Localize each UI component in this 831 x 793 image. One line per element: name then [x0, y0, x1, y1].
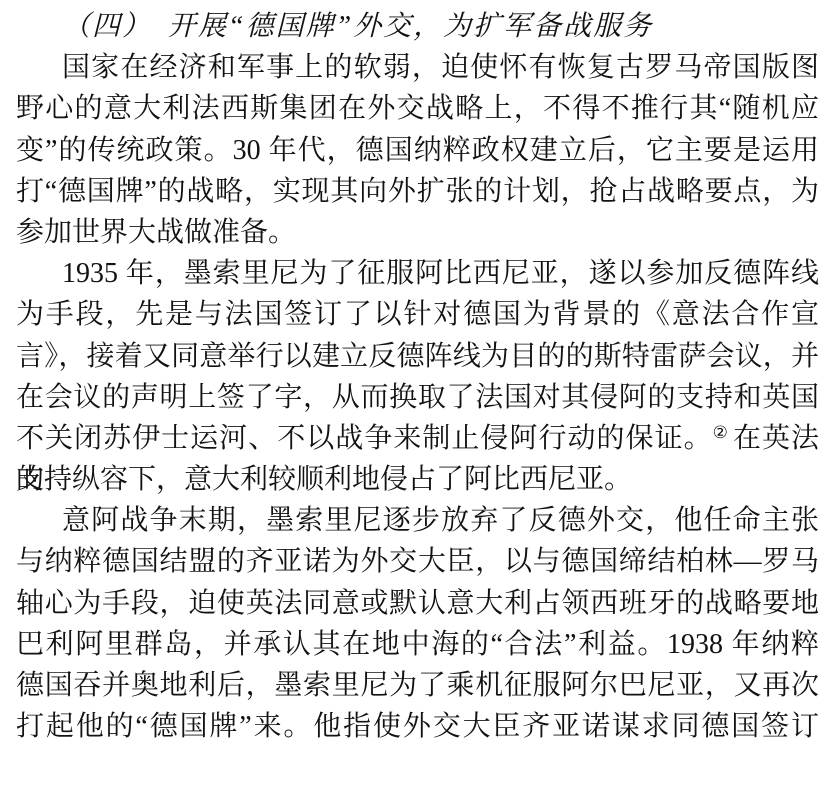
text-segment: 不关闭苏伊士运河、不以战争来制止侵阿行动的保证。 [16, 423, 713, 454]
text-line: 为手段，先是与法国签订了以针对德国为背景的《意法合作宣 [16, 294, 819, 335]
text-line: 1935 年，墨索里尼为了征服阿比西尼亚，遂以参加反德阵线 [16, 253, 819, 294]
text-line: 在会议的声明上签了字，从而换取了法国对其侵阿的支持和英国 [16, 377, 819, 418]
text-line: 德国吞并奥地利后，墨索里尼为了乘机征服阿尔巴尼亚，又再次 [16, 665, 819, 706]
text-line: 支持纵容下，意大利较顺利地侵占了阿比西尼亚。 [16, 459, 819, 500]
text-line: 变”的传统政策。30 年代，德国纳粹政权建立后，它主要是运用 [16, 130, 819, 171]
section-heading: （四） 开展“德国牌”外交，为扩军备战服务 [16, 6, 819, 47]
text-line: 打起他的“德国牌”来。他指使外交大臣齐亚诺谋求同德国签订 [16, 706, 819, 747]
document-page: （四） 开展“德国牌”外交，为扩军备战服务 国家在经济和军事上的软弱，迫使怀有恢… [0, 0, 831, 793]
text-line: 意阿战争末期，墨索里尼逐步放弃了反德外交，他任命主张 [16, 500, 819, 541]
footnote-ref: ② [713, 423, 733, 442]
text-line: 打“德国牌”的战略，实现其向外扩张的计划，抢占战略要点，为 [16, 171, 819, 212]
text-line: 言》，接着又同意举行以建立反德阵线为目的的斯特雷萨会议，并 [16, 336, 819, 377]
text-line: 野心的意大利法西斯集团在外交战略上，不得不推行其“随机应 [16, 88, 819, 129]
text-line: 国家在经济和军事上的软弱，迫使怀有恢复古罗马帝国版图 [16, 47, 819, 88]
text-line-with-footnote: 不关闭苏伊士运河、不以战争来制止侵阿行动的保证。②在英法的 [16, 418, 819, 459]
text-line: 巴利阿里群岛，并承认其在地中海的“合法”利益。1938 年纳粹 [16, 624, 819, 665]
text-line: 与纳粹德国结盟的齐亚诺为外交大臣，以与德国缔结柏林—罗马 [16, 541, 819, 582]
text-line: 轴心为手段，迫使英法同意或默认意大利占领西班牙的战略要地 [16, 583, 819, 624]
text-line: 参加世界大战做准备。 [16, 212, 819, 253]
